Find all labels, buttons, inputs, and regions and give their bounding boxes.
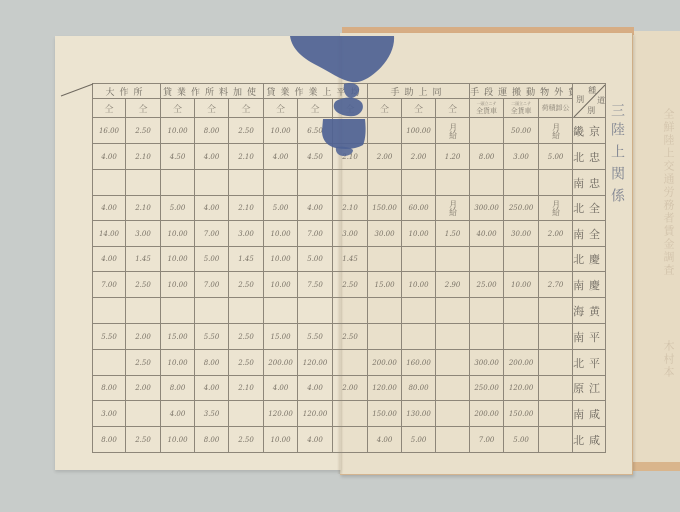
group-header: 貸業作所料加使 [161, 84, 264, 99]
cell-value [539, 350, 573, 376]
cell-value: 10.00 [504, 272, 539, 298]
table-row: 8.00 2.00 8.00 4.00 2.10 4.00 4.00 2.00 … [93, 376, 606, 401]
cell-value [539, 324, 573, 350]
sub-header: 荷積卸公 [539, 99, 573, 118]
cell-value [161, 170, 195, 196]
cell-value: 250.00 [470, 376, 504, 401]
cell-value: 10.00 [264, 272, 298, 298]
cell-value: 160.00 [402, 350, 436, 376]
cell-value: 60.00 [402, 196, 436, 221]
cell-value: 150.00 [368, 401, 402, 427]
cell-value: 10.00 [161, 272, 195, 298]
cell-value: 120.00 [298, 350, 333, 376]
cell-value: 10.00 [264, 247, 298, 272]
cell-value: 2.10 [333, 196, 368, 221]
cell-value [161, 298, 195, 324]
cell-value [539, 427, 573, 453]
cell-value: 14.00 [93, 221, 126, 247]
cell-value: 2.10 [126, 196, 161, 221]
cell-value: 4.00 [195, 196, 229, 221]
cell-value: 8.00 [195, 118, 229, 144]
cell-value: 月給 [436, 196, 470, 221]
cell-value [436, 298, 470, 324]
group-header: 手段運搬動物外費 [470, 84, 573, 99]
sub-header: 仝 [436, 99, 470, 118]
ledger-table: 大作所 貸業作所料加使 貸業作業上平均 手助上同 手段運搬動物外費 種 別 道 … [92, 83, 606, 453]
cell-value: 150.00 [368, 196, 402, 221]
table-row: 16.00 2.50 10.00 8.00 2.50 10.00 6.50 10… [93, 118, 606, 144]
cell-value: 2.50 [229, 118, 264, 144]
group-header: 大作所 [93, 84, 161, 99]
cell-value [539, 376, 573, 401]
cell-value: 4.00 [93, 247, 126, 272]
cell-value: 1.45 [126, 247, 161, 272]
sub-header: 仝 [93, 99, 126, 118]
corner-header: 種 別 道 別 [573, 84, 606, 118]
group-header: 貸業作業上平均 [264, 84, 368, 99]
cell-value: 7.00 [93, 272, 126, 298]
cell-value [470, 298, 504, 324]
sub-header-label: 全貨車 [470, 107, 503, 115]
cell-value [436, 350, 470, 376]
cell-value: 2.00 [126, 324, 161, 350]
cell-value: 6.50 [298, 118, 333, 144]
cell-value [368, 118, 402, 144]
cell-value: 5.50 [298, 324, 333, 350]
province-label: 黄海 [573, 298, 606, 324]
cell-value: 80.00 [402, 376, 436, 401]
cell-value: 7.00 [298, 221, 333, 247]
cell-value: 2.50 [126, 427, 161, 453]
province-label: 平南 [573, 324, 606, 350]
cell-value: 16.00 [93, 118, 126, 144]
province-label: 忠北 [573, 144, 606, 170]
cell-value: 120.00 [368, 376, 402, 401]
cell-value: 130.00 [402, 401, 436, 427]
cell-value [436, 376, 470, 401]
province-label: 忠南 [573, 170, 606, 196]
cell-value [126, 401, 161, 427]
cell-value: 1.50 [436, 221, 470, 247]
cell-value: 5.00 [161, 196, 195, 221]
cell-value [298, 170, 333, 196]
cell-value: 30.00 [368, 221, 402, 247]
cell-value: 3.00 [229, 221, 264, 247]
cell-value: 2.50 [333, 324, 368, 350]
cell-value [470, 247, 504, 272]
cell-value: 15.00 [368, 272, 402, 298]
cell-value: 3.00 [504, 144, 539, 170]
cell-value [504, 298, 539, 324]
cell-value [333, 401, 368, 427]
cell-value [436, 427, 470, 453]
cell-value [436, 324, 470, 350]
cell-value [436, 401, 470, 427]
table-row: 2.50 10.00 8.00 2.50 200.00 120.00 200.0… [93, 350, 606, 376]
cell-value [402, 298, 436, 324]
province-label: 慶北 [573, 247, 606, 272]
cell-value: 2.50 [126, 272, 161, 298]
table-row: 4.00 1.45 10.00 5.00 1.45 10.00 5.00 1.4… [93, 247, 606, 272]
cell-value: 4.00 [195, 144, 229, 170]
cell-value [539, 298, 573, 324]
province-label: 咸南 [573, 401, 606, 427]
cell-value: 3.50 [195, 401, 229, 427]
cell-value: 2.00 [402, 144, 436, 170]
corner-row-axis-1: 道 [597, 97, 605, 105]
sub-header: 仝 [126, 99, 161, 118]
cell-value: 4.50 [298, 144, 333, 170]
cell-value [504, 247, 539, 272]
cell-value [93, 350, 126, 376]
cell-value: 5.50 [93, 324, 126, 350]
cell-value: 200.00 [504, 350, 539, 376]
cell-value: 300.00 [470, 350, 504, 376]
table-row: 14.00 3.00 10.00 7.00 3.00 10.00 7.00 3.… [93, 221, 606, 247]
cell-value [333, 298, 368, 324]
cell-value: 2.50 [229, 272, 264, 298]
table-row: 7.00 2.50 10.00 7.00 2.50 10.00 7.50 2.5… [93, 272, 606, 298]
cell-value [504, 324, 539, 350]
cell-value [333, 350, 368, 376]
sub-header: 仝 [264, 99, 298, 118]
cell-value [368, 298, 402, 324]
group-header-row: 大作所 貸業作所料加使 貸業作業上平均 手助上同 手段運搬動物外費 種 別 道 … [93, 84, 606, 99]
cell-value: 1.45 [333, 247, 368, 272]
cell-value: 2.10 [333, 144, 368, 170]
cell-value [539, 401, 573, 427]
sub-header: 二頭立ニテ全貨車 [504, 99, 539, 118]
cell-value: 5.00 [298, 247, 333, 272]
cell-value: 5.00 [195, 247, 229, 272]
cell-value [436, 247, 470, 272]
table-row: 4.00 2.10 5.00 4.00 2.10 5.00 4.00 2.10 … [93, 196, 606, 221]
cell-value [333, 118, 368, 144]
cell-value: 2.50 [229, 350, 264, 376]
cell-value: 4.00 [93, 144, 126, 170]
cell-value [436, 170, 470, 196]
table-row: 黄海 [93, 298, 606, 324]
facing-page-signature: 木村本 [660, 340, 676, 390]
cell-value [229, 298, 264, 324]
cell-value [229, 170, 264, 196]
cell-value: 10.00 [161, 350, 195, 376]
sub-header: 仝 [229, 99, 264, 118]
province-label: 京畿 [573, 118, 606, 144]
cell-value: 2.00 [539, 221, 573, 247]
cell-value: 250.00 [504, 196, 539, 221]
province-label: 咸北 [573, 427, 606, 453]
cell-value: 2.50 [126, 350, 161, 376]
cell-value: 7.00 [195, 272, 229, 298]
cell-value: 10.00 [402, 272, 436, 298]
cell-value: 4.00 [264, 144, 298, 170]
cell-value: 4.00 [93, 196, 126, 221]
cell-value: 3.00 [333, 221, 368, 247]
cell-value: 100.00 [402, 118, 436, 144]
cell-value [470, 324, 504, 350]
cell-value: 2.90 [436, 272, 470, 298]
cell-value [368, 247, 402, 272]
sub-header: 仝 [368, 99, 402, 118]
cell-value: 200.00 [368, 350, 402, 376]
cell-value: 25.00 [470, 272, 504, 298]
cell-value: 200.00 [264, 350, 298, 376]
cell-value: 月給 [436, 118, 470, 144]
cell-value [93, 170, 126, 196]
sub-header: 仝 [402, 99, 436, 118]
province-label: 全北 [573, 196, 606, 221]
cell-value [539, 170, 573, 196]
cell-value: 8.00 [195, 427, 229, 453]
province-label: 慶南 [573, 272, 606, 298]
cell-value: 150.00 [504, 401, 539, 427]
province-label: 全南 [573, 221, 606, 247]
cell-value: 30.00 [504, 221, 539, 247]
cell-value: 2.10 [126, 144, 161, 170]
cell-value: 8.00 [470, 144, 504, 170]
cell-value [126, 298, 161, 324]
cell-value: 15.00 [264, 324, 298, 350]
cell-value: 4.50 [161, 144, 195, 170]
group-header: 手助上同 [368, 84, 470, 99]
cell-value: 120.00 [264, 401, 298, 427]
cell-value: 8.00 [161, 376, 195, 401]
cell-value: 5.00 [504, 427, 539, 453]
cell-value: 4.00 [298, 376, 333, 401]
cell-value: 2.70 [539, 272, 573, 298]
province-label: 平北 [573, 350, 606, 376]
cell-value: 5.00 [402, 427, 436, 453]
corner-row-axis-2: 別 [587, 107, 595, 115]
cell-value: 300.00 [470, 196, 504, 221]
cell-value: 5.00 [539, 144, 573, 170]
cell-value: 7.00 [195, 221, 229, 247]
cell-value [402, 170, 436, 196]
cell-value: 120.00 [504, 376, 539, 401]
cell-value: 120.00 [298, 401, 333, 427]
cell-value: 2.50 [333, 272, 368, 298]
cell-value [470, 170, 504, 196]
cell-value [126, 170, 161, 196]
table-row: 4.00 2.10 4.50 4.00 2.10 4.00 4.50 2.10 … [93, 144, 606, 170]
cell-value: 4.00 [264, 376, 298, 401]
cell-value [264, 298, 298, 324]
cell-value [195, 298, 229, 324]
cell-value [470, 118, 504, 144]
sub-header-row: 仝 仝 仝 仝 仝 仝 仝 仝 仝 仝 仝 一頭立ニテ全貨車 二頭立ニテ全貨車 … [93, 99, 606, 118]
cell-value: 10.00 [264, 427, 298, 453]
sub-header: 仝 [161, 99, 195, 118]
cell-value: 1.45 [229, 247, 264, 272]
cell-value: 4.00 [298, 427, 333, 453]
cell-value: 2.00 [333, 376, 368, 401]
cell-value: 4.00 [298, 196, 333, 221]
cell-value [264, 170, 298, 196]
cell-value: 4.00 [161, 401, 195, 427]
cell-value: 月給 [539, 118, 573, 144]
cell-value: 2.50 [126, 118, 161, 144]
section-title: 陸上関係 [607, 122, 627, 210]
sub-header: 仝 [298, 99, 333, 118]
cell-value: 50.00 [504, 118, 539, 144]
facing-page-edge [628, 462, 680, 471]
sub-header-label: 全貨車 [504, 107, 538, 115]
cell-value: 15.00 [161, 324, 195, 350]
cell-value: 2.50 [229, 427, 264, 453]
cell-value: 1.20 [436, 144, 470, 170]
cell-value [402, 324, 436, 350]
cell-value: 4.00 [368, 427, 402, 453]
sub-header: 仝 [195, 99, 229, 118]
cell-value: 10.00 [161, 118, 195, 144]
cell-value: 4.00 [195, 376, 229, 401]
cell-value: 5.00 [264, 196, 298, 221]
cell-value: 7.50 [298, 272, 333, 298]
cell-value [93, 298, 126, 324]
section-number: 三 [607, 103, 627, 117]
sub-header-label: 荷積卸公 [539, 104, 572, 112]
facing-page-text: 全鮮陸上交通労務者賃金調査 [660, 108, 676, 308]
cell-value: 8.00 [195, 350, 229, 376]
cell-value: 2.10 [229, 376, 264, 401]
cell-value: 8.00 [93, 427, 126, 453]
cell-value [298, 298, 333, 324]
table-row: 3.00 4.00 3.50 120.00 120.00 150.00 130.… [93, 401, 606, 427]
cell-value: 10.00 [402, 221, 436, 247]
cell-value: 10.00 [161, 427, 195, 453]
cell-value [229, 401, 264, 427]
sub-header: 一頭立ニテ全貨車 [470, 99, 504, 118]
cell-value: 7.00 [470, 427, 504, 453]
cell-value: 5.50 [195, 324, 229, 350]
cell-value [504, 170, 539, 196]
cell-value: 10.00 [264, 118, 298, 144]
province-label: 江原 [573, 376, 606, 401]
cell-value: 40.00 [470, 221, 504, 247]
table-row: 忠南 [93, 170, 606, 196]
sub-header: 仝 [333, 99, 368, 118]
cell-value: 2.10 [229, 196, 264, 221]
cell-value: 3.00 [93, 401, 126, 427]
cell-value: 10.00 [264, 221, 298, 247]
cell-value [402, 247, 436, 272]
cell-value: 10.00 [161, 221, 195, 247]
cell-value [368, 170, 402, 196]
cell-value [333, 170, 368, 196]
cell-value: 10.00 [161, 247, 195, 272]
cell-value [368, 324, 402, 350]
cell-value: 月給 [539, 196, 573, 221]
cell-value [195, 170, 229, 196]
corner-column-axis-1: 種 [588, 87, 596, 95]
cell-value: 2.00 [368, 144, 402, 170]
table-row: 5.50 2.00 15.00 5.50 2.50 15.00 5.50 2.5… [93, 324, 606, 350]
table-row: 8.00 2.50 10.00 8.00 2.50 10.00 4.00 4.0… [93, 427, 606, 453]
cell-value [539, 247, 573, 272]
cell-value: 2.00 [126, 376, 161, 401]
cell-value: 8.00 [93, 376, 126, 401]
cell-value [333, 427, 368, 453]
cell-value: 200.00 [470, 401, 504, 427]
cell-value: 2.10 [229, 144, 264, 170]
cell-value: 2.50 [229, 324, 264, 350]
corner-column-axis-2: 別 [576, 96, 584, 104]
cell-value: 3.00 [126, 221, 161, 247]
